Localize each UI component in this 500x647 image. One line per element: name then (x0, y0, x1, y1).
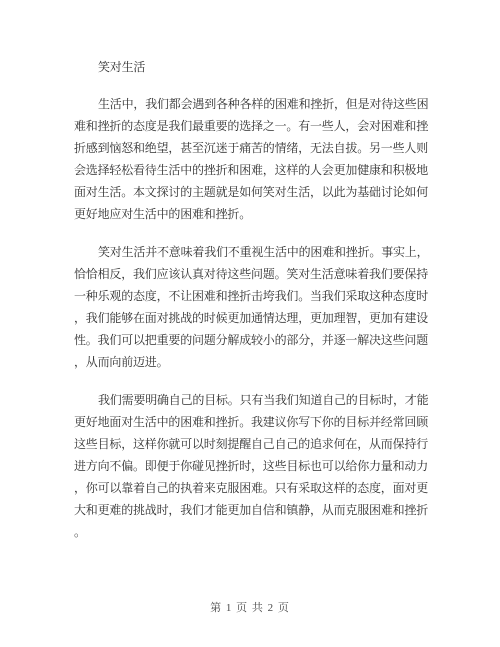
document-title: 笑对生活 (74, 56, 428, 78)
text-line: 恰恰相反，我们应该认真对待这些问题。笑对生活意味着我们要保持 (74, 263, 428, 285)
text-line: 笑对生活并不意味着我们不重视生活中的困难和挫折。事实上， (74, 241, 428, 263)
text-line: 。 (74, 521, 428, 543)
text-line: 折感到恼怒和绝望，甚至沉迷于痛苦的情绪，无法自拔。另一些人则 (74, 137, 428, 159)
text-line: 性。我们可以把重要的问题分解成较小的部分，并逐一解决这些问题 (74, 329, 428, 351)
document-page: 笑对生活 生活中，我们都会遇到各种各样的困难和挫折，但是对待这些困难和挫折的态度… (0, 0, 500, 647)
text-line: 这些目标，这样你就可以时刻提醒自己自己的追求何在，从而保持行 (74, 433, 428, 455)
text-line: 面对生活。本文探讨的主题就是如何笑对生活，以此为基础讨论如何 (74, 181, 428, 203)
paragraph: 生活中，我们都会遇到各种各样的困难和挫折，但是对待这些困难和挫折的态度是我们最重… (74, 93, 428, 225)
text-line: ，从而向前迈进。 (74, 351, 428, 373)
paragraph: 笑对生活并不意味着我们不重视生活中的困难和挫折。事实上，恰恰相反，我们应该认真对… (74, 241, 428, 373)
text-line: 一种乐观的态度，不让困难和挫折击垮我们。当我们采取这种态度时 (74, 285, 428, 307)
text-line: 更好地面对生活中的困难和挫折。我建议你写下你的目标并经常回顾 (74, 411, 428, 433)
document-body: 笑对生活 生活中，我们都会遇到各种各样的困难和挫折，但是对待这些困难和挫折的态度… (74, 56, 428, 559)
text-line: 我们需要明确自己的目标。只有当我们知道自己的目标时，才能 (74, 389, 428, 411)
text-line: 进方向不偏。即便于你碰见挫折时，这些目标也可以给你力量和动力 (74, 455, 428, 477)
page-number-footer: 第 1 页 共 2 页 (0, 600, 500, 616)
text-line: 大和更难的挑战时，我们才能更加自信和镇静，从而克服困难和挫折 (74, 499, 428, 521)
text-line: ，你可以靠着自己的执着来克服困难。只有采取这样的态度，面对更 (74, 477, 428, 499)
paragraphs-container: 生活中，我们都会遇到各种各样的困难和挫折，但是对待这些困难和挫折的态度是我们最重… (74, 93, 428, 543)
text-line: 难和挫折的态度是我们最重要的选择之一。有一些人，会对困难和挫 (74, 115, 428, 137)
text-line: 会选择轻松看待生活中的挫折和困难，这样的人会更加健康和积极地 (74, 159, 428, 181)
text-line: ，我们能够在面对挑战的时候更加通情达理，更加理智，更加有建设 (74, 307, 428, 329)
paragraph: 我们需要明确自己的目标。只有当我们知道自己的目标时，才能更好地面对生活中的困难和… (74, 389, 428, 543)
text-line: 生活中，我们都会遇到各种各样的困难和挫折，但是对待这些困 (74, 93, 428, 115)
text-line: 更好地应对生活中的困难和挫折。 (74, 203, 428, 225)
